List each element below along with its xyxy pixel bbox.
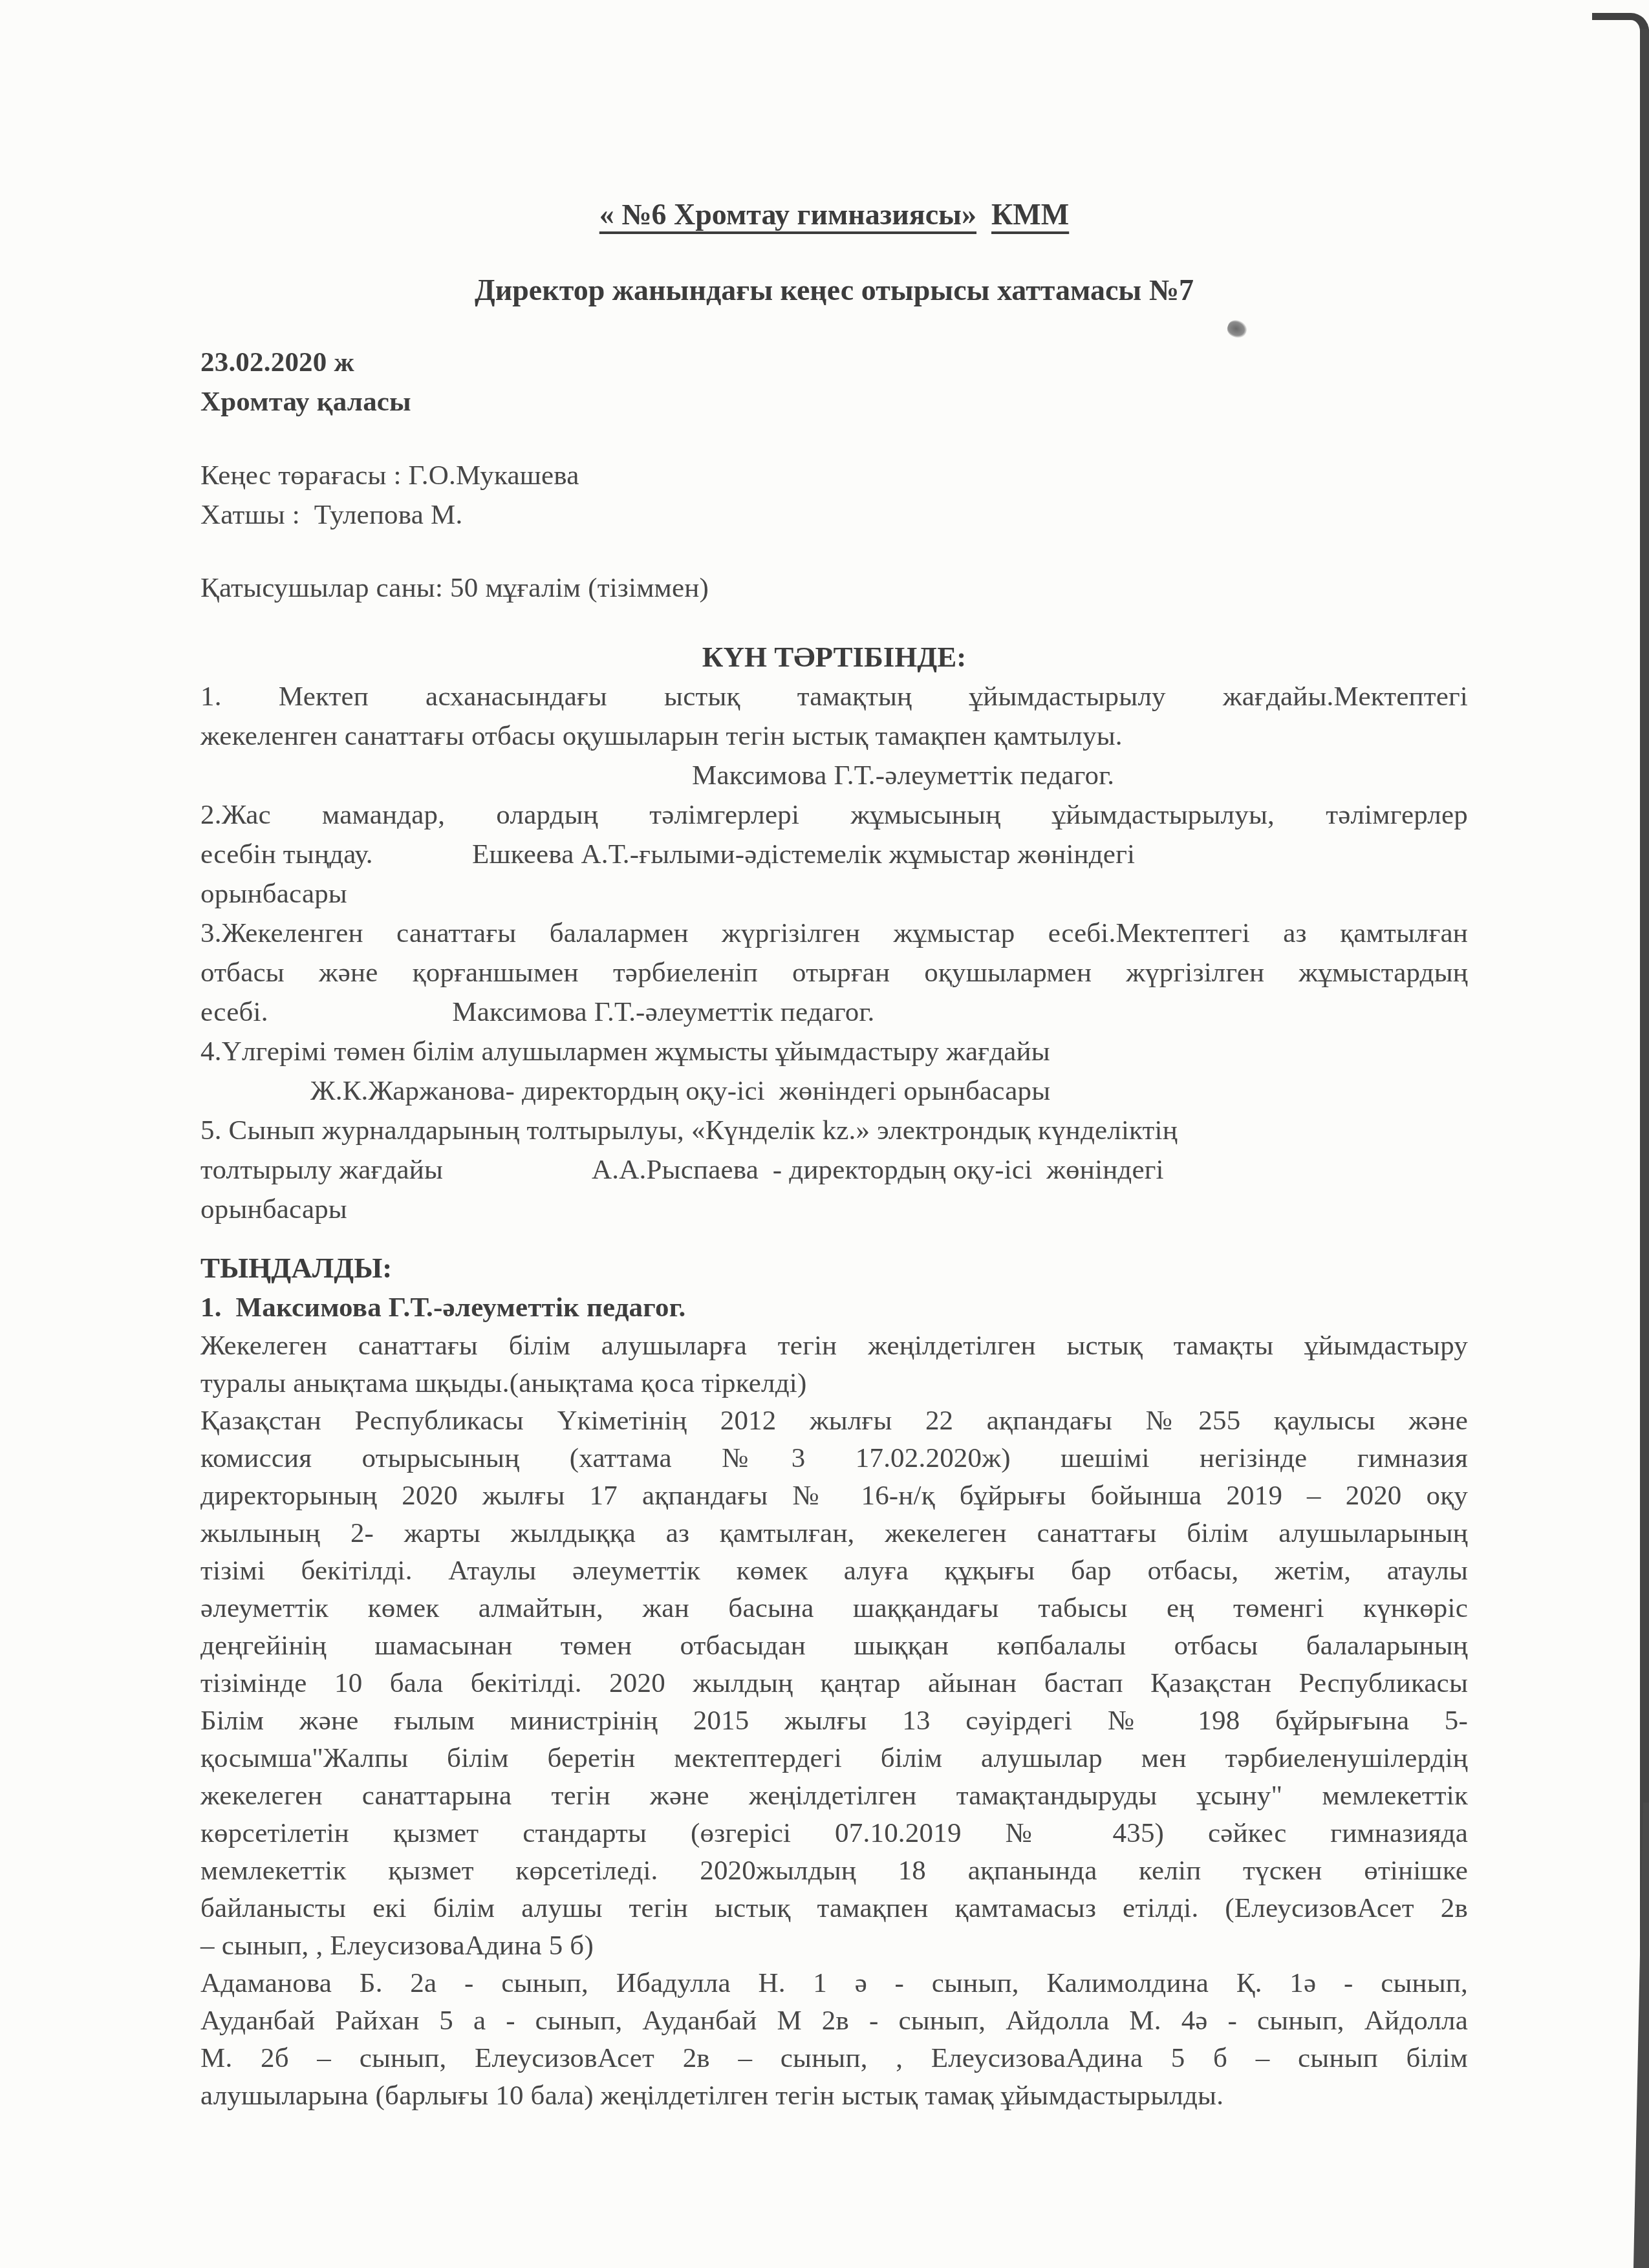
body-line: тізімінде 10 бала бекітілді. 2020 жылдың…	[200, 1665, 1468, 1702]
body-line: жылының 2- жарты жылдыққа аз қамтылған, …	[200, 1515, 1468, 1552]
body-line: деңгейінің шамасынан төмен отбасыдан шық…	[200, 1627, 1468, 1665]
agenda-line-speaker: Ж.К.Жаржанова- директордың оқу-ісі жөнін…	[200, 1071, 1468, 1111]
agenda-line: орынбасары	[200, 874, 1468, 914]
date-block: 23.02.2020 ж Хромтау қаласы	[200, 343, 1468, 422]
agenda-line: 1. Мектеп асханасындағы ыстық тамақтың ұ…	[200, 677, 1468, 716]
agenda-line: отбасы және қорғаншымен тәрбиеленіп отыр…	[200, 953, 1468, 992]
body-line: байланысты екі білім алушы тегін ыстық т…	[200, 1890, 1468, 1927]
participants-line: Қатысушылар саны: 50 мұғалім (тізіммен)	[200, 568, 1468, 608]
page-title-main: « №6 Хромтау гимназиясы»	[599, 198, 976, 231]
agenda-line: 3.Жекеленген санаттағы балалармен жүргіз…	[200, 914, 1468, 953]
chairman-line: Кеңес төрағасы : Г.О.Мукашева	[200, 456, 1468, 495]
title-gap	[976, 198, 991, 231]
agenda-line: 4.Үлгерімі төмен білім алушылармен жұмыс…	[200, 1032, 1468, 1071]
city-line: Хромтау қаласы	[200, 382, 1468, 422]
scanned-document-page: « №6 Хромтау гимназиясы» КММ Директор жа…	[0, 0, 1649, 2268]
agenda-line: жекеленген санаттағы отбасы оқушыларын т…	[200, 716, 1468, 756]
agenda-heading: КҮН ТӘРТІБІНДЕ:	[200, 637, 1468, 677]
body-line: комиссия отырысының (хаттама №3 17.02.20…	[200, 1440, 1468, 1477]
body-line: мемлекеттік қызмет көрсетіледі. 2020жылд…	[200, 1852, 1468, 1890]
body-line: қосымша"Жалпы білім беретін мектептердег…	[200, 1740, 1468, 1777]
body-line: – сынып, , ЕлеусизоваАдина 5 б)	[200, 1927, 1468, 1965]
body-line: көрсетілетін қызмет стандарты (өзгерісі …	[200, 1815, 1468, 1852]
body-line: алушыларына (барлығы 10 бала) жеңілдетіл…	[200, 2077, 1468, 2115]
body-line: Ауданбай Райхан 5 а - сынып, Ауданбай М …	[200, 2002, 1468, 2040]
document-content: « №6 Хромтау гимназиясы» КММ Директор жа…	[200, 0, 1468, 2115]
page-title-org-type: КММ	[991, 198, 1069, 231]
heard-item-heading: 1. Максимова Г.Т.-әлеуметтік педагог.	[200, 1288, 1468, 1327]
body-block: Жекелеген санаттағы білім алушыларға тег…	[200, 1327, 1468, 2115]
body-line: туралы анықтама шқыды.(анықтама қоса тір…	[200, 1365, 1468, 1402]
body-line: директорының 2020 жылғы 17 ақпандағы № 1…	[200, 1477, 1468, 1515]
agenda-line-speaker: есебі. Максимова Г.Т.-әлеуметтік педагог…	[200, 992, 1468, 1032]
agenda-line: орынбасары	[200, 1190, 1468, 1229]
body-line: Жекелеген санаттағы білім алушыларға тег…	[200, 1327, 1468, 1365]
body-line: Білім және ғылым министрінің 2015 жылғы …	[200, 1702, 1468, 1740]
date-line: 23.02.2020 ж	[200, 343, 1468, 382]
agenda-line-speaker: толтырылу жағдайы А.А.Рыспаева - директо…	[200, 1150, 1468, 1190]
heard-heading: ТЫҢДАЛДЫ:	[200, 1248, 1468, 1288]
agenda-line: есебін тыңдау. Ешкеева А.Т.-ғылыми-әдіст…	[200, 835, 1468, 874]
agenda-block: 1. Мектеп асханасындағы ыстық тамақтың ұ…	[200, 677, 1468, 1229]
page-subtitle: Директор жанындағы кеңес отырысы хаттама…	[200, 270, 1468, 311]
body-line: тізімі бекітілді. Атаулы әлеуметтік көме…	[200, 1552, 1468, 1590]
page-title: « №6 Хромтау гимназиясы» КММ	[200, 194, 1468, 235]
body-line: Адаманова Б. 2а - сынып, Ибадулла Н. 1 ә…	[200, 1965, 1468, 2002]
agenda-line: 5. Сынып журналдарының толтырылуы, «Күнд…	[200, 1111, 1468, 1150]
officials-block: Кеңес төрағасы : Г.О.Мукашева Хатшы : Ту…	[200, 456, 1468, 535]
secretary-line: Хатшы : Тулепова М.	[200, 495, 1468, 535]
body-line: әлеуметтік көмек алмайтын, жан басына ша…	[200, 1590, 1468, 1627]
body-line: жекелеген санаттарына тегін және жеңілде…	[200, 1777, 1468, 1815]
body-line: Қазақстан Республикасы Үкіметінің 2012 ж…	[200, 1402, 1468, 1440]
participants-block: Қатысушылар саны: 50 мұғалім (тізіммен)	[200, 568, 1468, 608]
agenda-line: 2.Жас мамандар, олардың тәлімгерлері жұм…	[200, 795, 1468, 835]
agenda-line-speaker: Максимова Г.Т.-әлеуметтік педагог.	[200, 756, 1468, 795]
body-line: М. 2б – сынып, ЕлеусизовАсет 2в – сынып,…	[200, 2040, 1468, 2077]
